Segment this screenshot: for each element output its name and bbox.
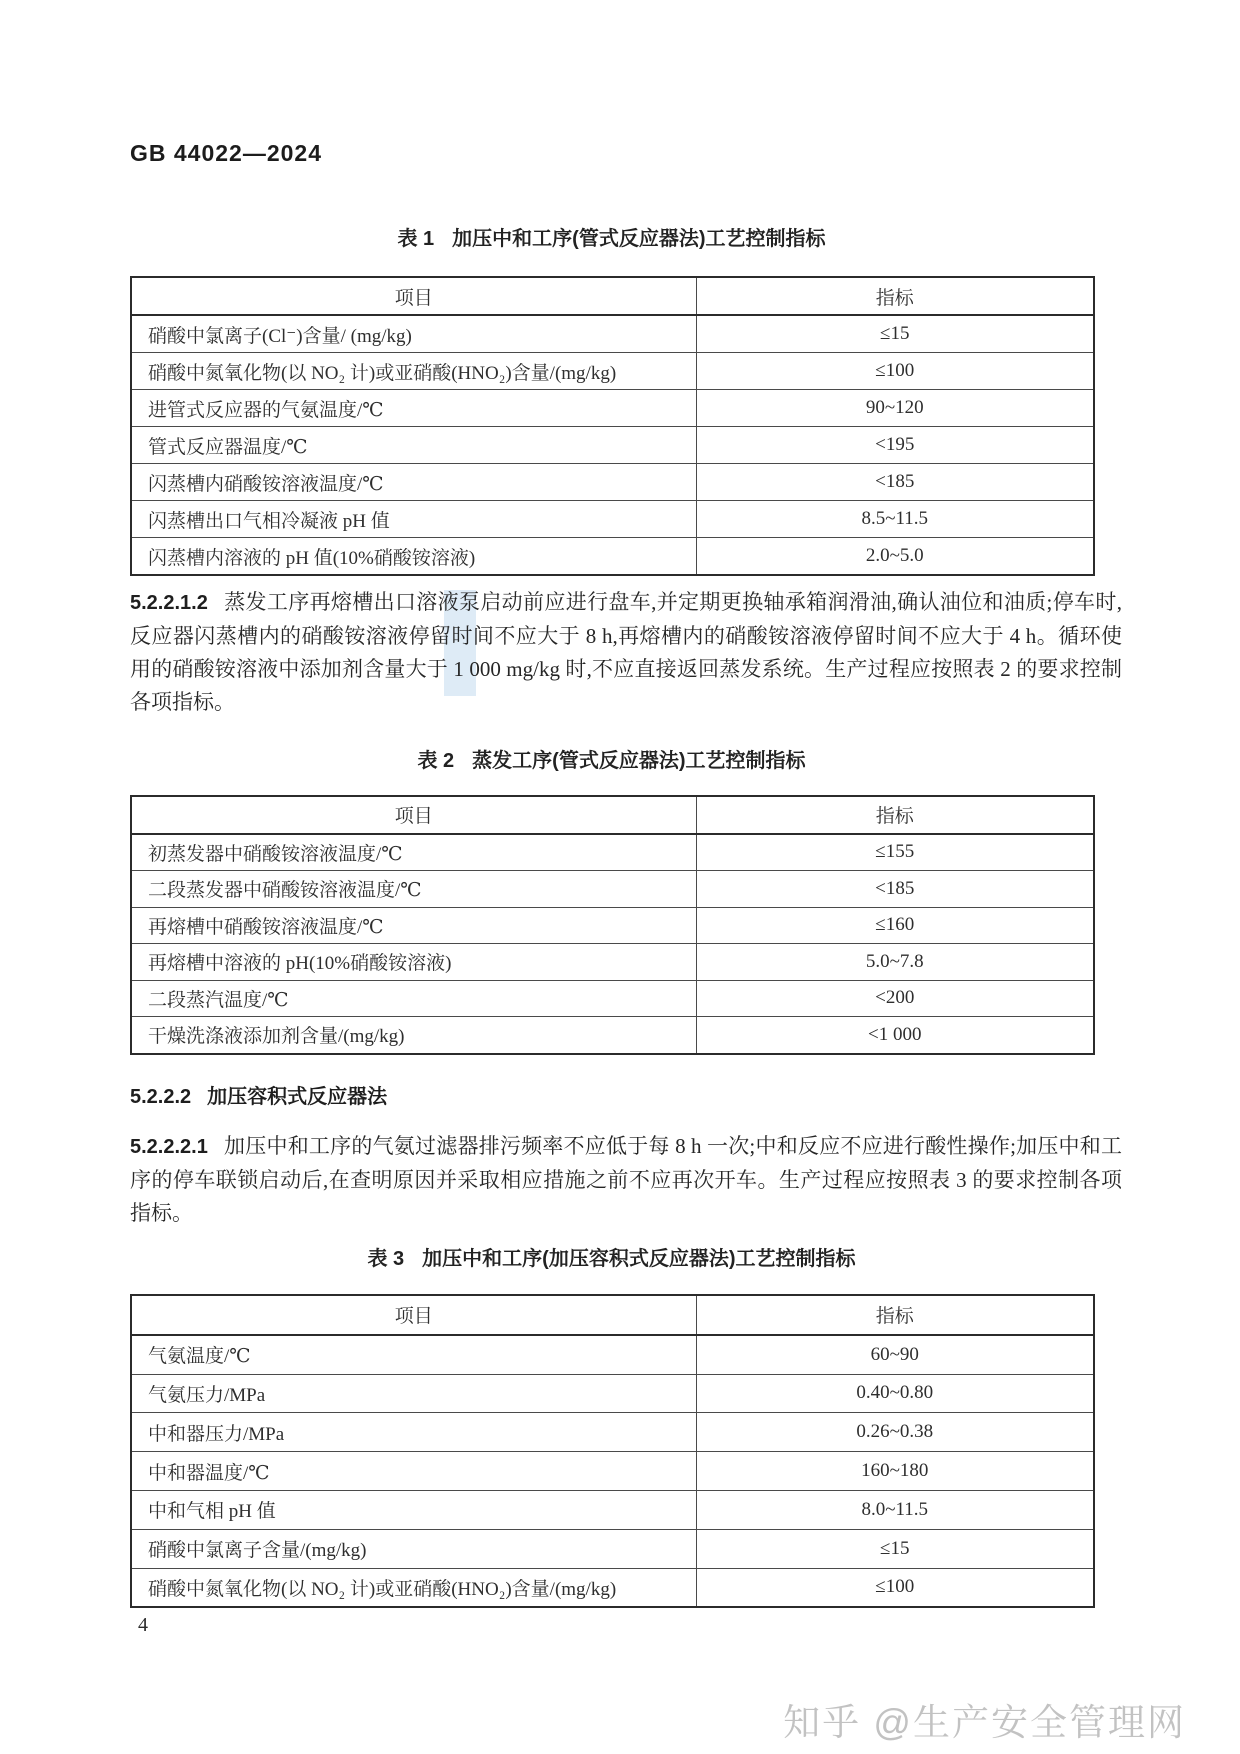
item-cell: 初蒸发器中硝酸铵溶液温度/℃ — [131, 834, 696, 871]
item-cell: 二段蒸汽温度/℃ — [131, 980, 696, 1017]
table-2: 项目 指标 初蒸发器中硝酸铵溶液温度/℃≤155 二段蒸发器中硝酸铵溶液温度/℃… — [130, 795, 1095, 1055]
value-cell: 2.0~5.0 — [696, 538, 1094, 576]
table-3-title-text: 加压中和工序(加压容积式反应器法)工艺控制指标 — [422, 1248, 855, 1270]
item-cell: 干燥洗涤液添加剂含量/(mg/kg) — [131, 1017, 696, 1054]
clause-text: 加压中和工序的气氨过滤器排污频率不应低于每 8 h 一次;中和反应不应进行酸性操… — [130, 1134, 1122, 1225]
heading-number: 5.2.2.2 — [130, 1086, 191, 1108]
table-row: 干燥洗涤液添加剂含量/(mg/kg)<1 000 — [131, 1017, 1094, 1054]
table-1-label: 表 1 — [397, 228, 434, 250]
table-row: 中和器温度/℃160~180 — [131, 1452, 1094, 1491]
value-cell: 0.40~0.80 — [696, 1374, 1094, 1413]
table-row: 气氨温度/℃60~90 — [131, 1335, 1094, 1374]
table-row: 中和气相 pH 值8.0~11.5 — [131, 1490, 1094, 1529]
item-cell: 进管式反应器的气氨温度/℃ — [131, 390, 696, 427]
table-row: 中和器压力/MPa0.26~0.38 — [131, 1413, 1094, 1452]
table-1-title-text: 加压中和工序(管式反应器法)工艺控制指标 — [452, 228, 825, 250]
table-row: 闪蒸槽内硝酸铵溶液温度/℃<185 — [131, 464, 1094, 501]
value-cell: 8.0~11.5 — [696, 1490, 1094, 1529]
table-3-header-row: 项目 指标 — [131, 1295, 1094, 1335]
table-row: 硝酸中氯离子含量/(mg/kg)≤15 — [131, 1529, 1094, 1568]
clause-number: 5.2.2.2.1 — [130, 1136, 208, 1158]
table-row: 硝酸中氮氧化物(以 NO₂ 计)或亚硝酸(HNO₂)含量/(mg/kg)≤100 — [131, 353, 1094, 390]
document-page: GB 44022—2024 表 1加压中和工序(管式反应器法)工艺控制指标 项目… — [0, 0, 1240, 1754]
clause-number: 5.2.2.1.2 — [130, 592, 208, 614]
value-cell: ≤15 — [696, 1529, 1094, 1568]
watermark-text: 知乎 @生产安全管理网 — [783, 1692, 1186, 1746]
table-2-title: 表 2蒸发工序(管式反应器法)工艺控制指标 — [130, 744, 1093, 773]
item-cell: 中和气相 pH 值 — [131, 1490, 696, 1529]
value-cell: ≤160 — [696, 907, 1094, 944]
item-cell: 二段蒸发器中硝酸铵溶液温度/℃ — [131, 871, 696, 908]
table-row: 气氨压力/MPa0.40~0.80 — [131, 1374, 1094, 1413]
value-cell: 60~90 — [696, 1335, 1094, 1374]
table-row: 再熔槽中硝酸铵溶液温度/℃≤160 — [131, 907, 1094, 944]
value-cell: <200 — [696, 980, 1094, 1017]
table-2-header-row: 项目 指标 — [131, 796, 1094, 834]
item-cell: 中和器压力/MPa — [131, 1413, 696, 1452]
table-2-label: 表 2 — [417, 750, 454, 772]
table-row: 进管式反应器的气氨温度/℃90~120 — [131, 390, 1094, 427]
item-cell: 硝酸中氮氧化物(以 NO₂ 计)或亚硝酸(HNO₂)含量/(mg/kg) — [131, 1568, 696, 1607]
paragraph-5-2-2-1-2: 5.2.2.1.2蒸发工序再熔槽出口溶液泵启动前应进行盘车,并定期更换轴承箱润滑… — [130, 586, 1122, 719]
column-header-item: 项目 — [131, 796, 696, 834]
column-header-item: 项目 — [131, 277, 696, 315]
value-cell: ≤100 — [696, 1568, 1094, 1607]
clause-text: 蒸发工序再熔槽出口溶液泵启动前应进行盘车,并定期更换轴承箱润滑油,确认油位和油质… — [130, 590, 1122, 714]
table-3-title: 表 3加压中和工序(加压容积式反应器法)工艺控制指标 — [130, 1242, 1093, 1271]
heading-5-2-2-2: 5.2.2.2加压容积式反应器法 — [130, 1080, 1122, 1109]
heading-title: 加压容积式反应器法 — [207, 1086, 387, 1108]
value-cell: 160~180 — [696, 1452, 1094, 1491]
value-cell: 90~120 — [696, 390, 1094, 427]
paragraph-5-2-2-2-1: 5.2.2.2.1加压中和工序的气氨过滤器排污频率不应低于每 8 h 一次;中和… — [130, 1130, 1122, 1230]
table-row: 闪蒸槽内溶液的 pH 值(10%硝酸铵溶液)2.0~5.0 — [131, 538, 1094, 576]
item-cell: 硝酸中氯离子(Cl⁻)含量/ (mg/kg) — [131, 315, 696, 353]
page-number: 4 — [138, 1614, 148, 1637]
item-cell: 闪蒸槽内溶液的 pH 值(10%硝酸铵溶液) — [131, 538, 696, 576]
item-cell: 硝酸中氯离子含量/(mg/kg) — [131, 1529, 696, 1568]
item-cell: 中和器温度/℃ — [131, 1452, 696, 1491]
value-cell: ≤15 — [696, 315, 1094, 353]
item-cell: 再熔槽中硝酸铵溶液温度/℃ — [131, 907, 696, 944]
table-1-title: 表 1加压中和工序(管式反应器法)工艺控制指标 — [130, 222, 1093, 251]
table-row: 硝酸中氯离子(Cl⁻)含量/ (mg/kg)≤15 — [131, 315, 1094, 353]
value-cell: <195 — [696, 427, 1094, 464]
table-1: 项目 指标 硝酸中氯离子(Cl⁻)含量/ (mg/kg)≤15 硝酸中氮氧化物(… — [130, 276, 1095, 576]
column-header-value: 指标 — [696, 1295, 1094, 1335]
table-3: 项目 指标 气氨温度/℃60~90 气氨压力/MPa0.40~0.80 中和器压… — [130, 1294, 1095, 1608]
item-cell: 再熔槽中溶液的 pH(10%硝酸铵溶液) — [131, 944, 696, 981]
item-cell: 气氨温度/℃ — [131, 1335, 696, 1374]
value-cell: <1 000 — [696, 1017, 1094, 1054]
value-cell: ≤100 — [696, 353, 1094, 390]
item-cell: 硝酸中氮氧化物(以 NO₂ 计)或亚硝酸(HNO₂)含量/(mg/kg) — [131, 353, 696, 390]
column-header-item: 项目 — [131, 1295, 696, 1335]
item-cell: 闪蒸槽内硝酸铵溶液温度/℃ — [131, 464, 696, 501]
value-cell: 8.5~11.5 — [696, 501, 1094, 538]
item-cell: 管式反应器温度/℃ — [131, 427, 696, 464]
standard-code: GB 44022—2024 — [130, 140, 322, 167]
value-cell: 5.0~7.8 — [696, 944, 1094, 981]
column-header-value: 指标 — [696, 796, 1094, 834]
column-header-value: 指标 — [696, 277, 1094, 315]
table-row: 再熔槽中溶液的 pH(10%硝酸铵溶液)5.0~7.8 — [131, 944, 1094, 981]
table-row: 二段蒸发器中硝酸铵溶液温度/℃<185 — [131, 871, 1094, 908]
value-cell: <185 — [696, 464, 1094, 501]
table-3-label: 表 3 — [367, 1248, 404, 1270]
item-cell: 气氨压力/MPa — [131, 1374, 696, 1413]
value-cell: <185 — [696, 871, 1094, 908]
table-row: 硝酸中氮氧化物(以 NO₂ 计)或亚硝酸(HNO₂)含量/(mg/kg)≤100 — [131, 1568, 1094, 1607]
table-row: 二段蒸汽温度/℃<200 — [131, 980, 1094, 1017]
item-cell: 闪蒸槽出口气相冷凝液 pH 值 — [131, 501, 696, 538]
value-cell: 0.26~0.38 — [696, 1413, 1094, 1452]
table-row: 闪蒸槽出口气相冷凝液 pH 值8.5~11.5 — [131, 501, 1094, 538]
table-row: 初蒸发器中硝酸铵溶液温度/℃≤155 — [131, 834, 1094, 871]
table-1-header-row: 项目 指标 — [131, 277, 1094, 315]
value-cell: ≤155 — [696, 834, 1094, 871]
table-row: 管式反应器温度/℃<195 — [131, 427, 1094, 464]
table-2-title-text: 蒸发工序(管式反应器法)工艺控制指标 — [472, 750, 805, 772]
